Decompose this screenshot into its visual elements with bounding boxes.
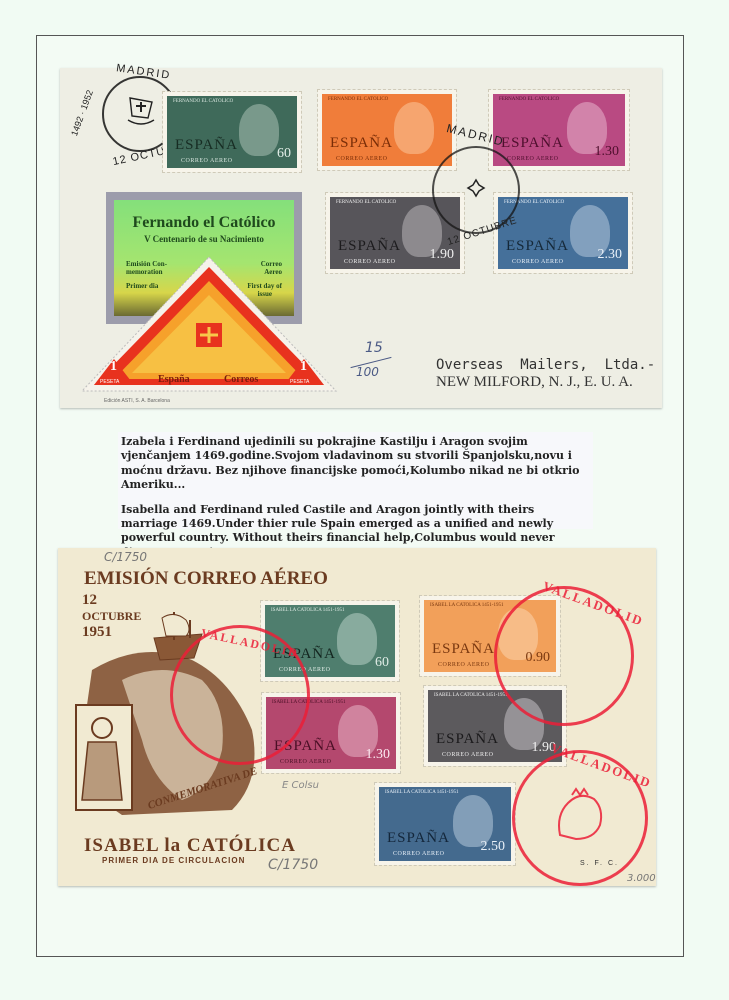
- stamp-value: 2.50: [481, 839, 506, 855]
- cachet-queen-name: ISABEL la CATÓLICA: [84, 835, 296, 857]
- maltese-cross-icon: [466, 178, 486, 198]
- label-title: Fernando el Católico: [114, 214, 294, 232]
- portrait-icon: [394, 102, 434, 154]
- stamp-value: 2.30: [598, 247, 623, 263]
- stamp-header: ISABEL LA CATOLICA 1451-1951: [385, 790, 458, 795]
- stamp-value: 60: [375, 655, 389, 671]
- caravel-icon: [126, 94, 156, 128]
- stamp-header: FERNANDO EL CATOLICO: [173, 99, 233, 104]
- pencil-catalog-bottom: C/1750: [268, 857, 318, 873]
- label-subtitle: V Centenario de su Nacimiento: [114, 234, 294, 244]
- description-textbox: Izabela i Ferdinand ujedinili su pokraji…: [118, 432, 593, 529]
- cachet-title: EMISIÓN CORREO AÉREO: [84, 568, 328, 590]
- stamp-caption: CORREO AEREO: [344, 259, 396, 265]
- stamp-header: FERNANDO EL CATOLICO: [499, 97, 559, 102]
- address-line-1: Overseas Mailers, Ltda.-: [436, 357, 655, 374]
- stamp-caption: CORREO AEREO: [393, 851, 445, 857]
- cachet-first-day: PRIMER DIA DE CIRCULACION: [102, 856, 245, 865]
- triangle-word: Correos: [224, 374, 258, 385]
- stamp-country: ESPAÑA: [432, 641, 495, 658]
- address-line-2: NEW MILFORD, N. J., E. U. A.: [436, 374, 655, 391]
- triangle-value-left: 1: [110, 359, 117, 375]
- stamp-header: FERNANDO EL CATOLICO: [336, 200, 396, 205]
- stamp-caption: CORREO AEREO: [512, 259, 564, 265]
- pencil-note-denominator: 100: [356, 365, 379, 379]
- stamp-isabel-2-50: ISABEL LA CATOLICA 1451-1951 ESPAÑA CORR…: [375, 783, 515, 865]
- portrait-icon: [239, 104, 279, 156]
- stamp-value: 1.30: [366, 747, 391, 763]
- lion-emblem-icon: [550, 785, 610, 845]
- pencil-note-numerator: 15: [365, 340, 383, 356]
- stamp-fernando-1-30: FERNANDO EL CATOLICO ESPAÑA CORREO AEREO…: [489, 90, 629, 170]
- stamp-country: ESPAÑA: [506, 238, 569, 255]
- stamp-fernando-orange: FERNANDO EL CATOLICO ESPAÑA CORREO AEREO: [318, 90, 456, 170]
- stamp-caption: CORREO AEREO: [181, 158, 233, 164]
- triangle-country: España: [158, 374, 190, 385]
- pencil-catalog-top: C/1750: [104, 550, 147, 564]
- stamp-header: ISABEL LA CATOLICA 1451-1951: [430, 603, 503, 608]
- stamp-header: FERNANDO EL CATOLICO: [328, 97, 388, 102]
- stamp-country: ESPAÑA: [330, 135, 393, 152]
- stamp-value: 1.30: [595, 144, 620, 160]
- stamp-value: 60: [277, 146, 291, 162]
- stamp-caption: CORREO AEREO: [280, 759, 332, 765]
- stamp-header: ISABEL LA CATOLICA 1451-1951: [271, 608, 344, 613]
- stamp-country: ESPAÑA: [338, 238, 401, 255]
- portrait-icon: [337, 613, 377, 665]
- description-croatian: Izabela i Ferdinand ujedinili su pokraji…: [121, 435, 593, 493]
- triangle-stamp-caravels: 1 1 PESETA PESETA España Correos: [78, 255, 340, 395]
- stamp-caption: CORREO AEREO: [336, 156, 388, 162]
- triangle-unit-right: PESETA: [290, 379, 309, 385]
- stamp-caption: CORREO AEREO: [438, 662, 490, 668]
- sfc-mark: S. F. C.: [580, 860, 619, 867]
- cachet-day: 12: [82, 592, 141, 608]
- stamp-header: ISABEL LA CATOLICA 1451-1951: [434, 693, 507, 698]
- stamp-country: ESPAÑA: [501, 135, 564, 152]
- stamp-fernando-60c: FERNANDO EL CATOLICO ESPAÑA CORREO AEREO…: [163, 92, 301, 172]
- stamp-country: ESPAÑA: [175, 137, 238, 154]
- publisher-imprint: Edición ASTI, S. A. Barcelona: [104, 398, 170, 404]
- stamp-value: 1.90: [430, 247, 455, 263]
- triangle-unit-left: PESETA: [100, 379, 119, 385]
- cachet-address: Overseas Mailers, Ltda.- NEW MILFORD, N.…: [436, 357, 655, 391]
- stamp-country: ESPAÑA: [387, 830, 450, 847]
- triangle-value-right: 1: [300, 359, 307, 375]
- pencil-price: 3.000: [627, 873, 656, 884]
- stamp-caption: CORREO AEREO: [442, 752, 494, 758]
- pencil-note-mid: E Colsu: [282, 780, 319, 791]
- stamp-caption: CORREO AEREO: [507, 156, 559, 162]
- stamp-country: ESPAÑA: [436, 731, 499, 748]
